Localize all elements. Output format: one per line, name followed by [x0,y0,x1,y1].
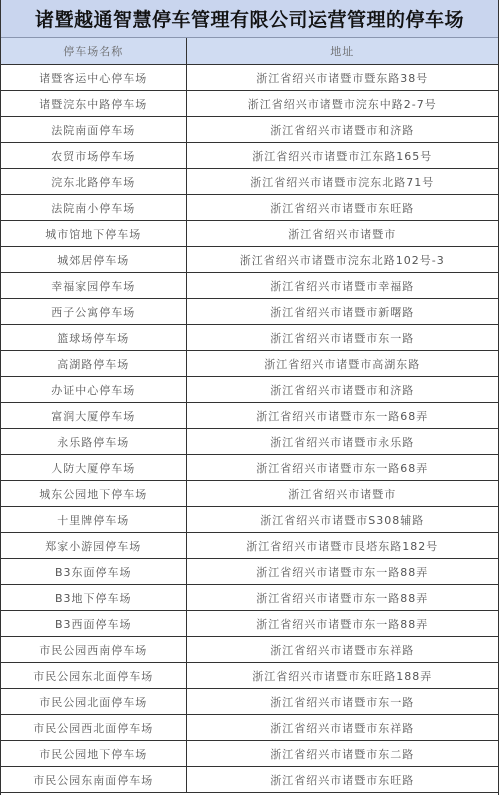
parking-lot-address: 浙江省绍兴市诸暨市东二路 [186,741,498,767]
parking-lot-address: 浙江省绍兴市诸暨市东祥路 [186,715,498,741]
table-row: 办证中心停车场浙江省绍兴市诸暨市和济路 [1,377,498,403]
parking-lot-address: 浙江省绍兴市诸暨市浣东北路102号-3 [186,247,498,273]
parking-lot-address: 浙江省绍兴市诸暨市东旺路188弄 [186,663,498,689]
parking-lot-name: 篮球场停车场 [1,325,186,351]
parking-lot-name: 浣东北路停车场 [1,169,186,195]
table-row: 诸暨客运中心停车场浙江省绍兴市诸暨市暨东路38号 [1,65,498,91]
table-row: 诸暨浣东中路停车场浙江省绍兴市诸暨市浣东中路2-7号 [1,91,498,117]
parking-lot-address: 浙江省绍兴市诸暨市高湖东路 [186,351,498,377]
table-row: B3地下停车场浙江省绍兴市诸暨市东一路88弄 [1,585,498,611]
parking-lot-name: 农贸市场停车场 [1,143,186,169]
table-row: 十里牌停车场浙江省绍兴市诸暨市S308辅路 [1,507,498,533]
parking-lot-name: 城市馆地下停车场 [1,221,186,247]
parking-lot-address: 浙江省绍兴市诸暨市新曙路 [186,299,498,325]
parking-lot-address: 浙江省绍兴市诸暨市东旺路 [186,767,498,793]
table-row: 市民公园东南面停车场浙江省绍兴市诸暨市东旺路 [1,767,498,793]
table-row: 市民公园东北面停车场浙江省绍兴市诸暨市东旺路188弄 [1,663,498,689]
parking-lot-address: 浙江省绍兴市诸暨市江东路165号 [186,143,498,169]
page-title: 诸暨越通智慧停车管理有限公司运营管理的停车场 [1,0,498,38]
parking-lot-name: 市民公园北面停车场 [1,689,186,715]
table-row: 城市馆地下停车场浙江省绍兴市诸暨市 [1,221,498,247]
parking-lot-name: 市民公园地下停车场 [1,741,186,767]
table-row: 高湖路停车场浙江省绍兴市诸暨市高湖东路 [1,351,498,377]
parking-lot-name: B3西面停车场 [1,611,186,637]
parking-lot-name: 法院南面停车场 [1,117,186,143]
table-row: 永乐路停车场浙江省绍兴市诸暨市永乐路 [1,429,498,455]
parking-lot-address: 浙江省绍兴市诸暨市幸福路 [186,273,498,299]
parking-lot-address: 浙江省绍兴市诸暨市浣东北路71号 [186,169,498,195]
parking-lot-name: 富润大厦停车场 [1,403,186,429]
table-row: B3西面停车场浙江省绍兴市诸暨市东一路88弄 [1,611,498,637]
parking-lot-address: 浙江省绍兴市诸暨市S308辅路 [186,507,498,533]
parking-lot-name: 市民公园西北面停车场 [1,715,186,741]
table-row: 郑家小游园停车场浙江省绍兴市诸暨市艮塔东路182号 [1,533,498,559]
parking-lot-address: 浙江省绍兴市诸暨市东一路88弄 [186,585,498,611]
parking-lot-name: 城郊居停车场 [1,247,186,273]
parking-lot-name: 郑家小游园停车场 [1,533,186,559]
table-body: 诸暨客运中心停车场浙江省绍兴市诸暨市暨东路38号诸暨浣东中路停车场浙江省绍兴市诸… [1,65,498,793]
column-header-name: 停车场名称 [1,38,186,65]
parking-lot-name: 十里牌停车场 [1,507,186,533]
table-row: 法院南小停车场浙江省绍兴市诸暨市东旺路 [1,195,498,221]
parking-lot-address: 浙江省绍兴市诸暨市艮塔东路182号 [186,533,498,559]
table-row: 篮球场停车场浙江省绍兴市诸暨市东一路 [1,325,498,351]
parking-lot-address: 浙江省绍兴市诸暨市东一路68弄 [186,403,498,429]
parking-lot-address: 浙江省绍兴市诸暨市东一路 [186,325,498,351]
parking-lot-name: B3地下停车场 [1,585,186,611]
parking-lot-name: 西子公寓停车场 [1,299,186,325]
table-row: 市民公园地下停车场浙江省绍兴市诸暨市东二路 [1,741,498,767]
table-row: 城郊居停车场浙江省绍兴市诸暨市浣东北路102号-3 [1,247,498,273]
table-row: 农贸市场停车场浙江省绍兴市诸暨市江东路165号 [1,143,498,169]
parking-lot-name: 诸暨客运中心停车场 [1,65,186,91]
table-row: 幸福家园停车场浙江省绍兴市诸暨市幸福路 [1,273,498,299]
parking-lot-address: 浙江省绍兴市诸暨市和济路 [186,377,498,403]
parking-lot-address: 浙江省绍兴市诸暨市暨东路38号 [186,65,498,91]
parking-lot-name: 幸福家园停车场 [1,273,186,299]
parking-lot-name: 市民公园西南停车场 [1,637,186,663]
parking-lot-name: 办证中心停车场 [1,377,186,403]
table-header-row: 停车场名称 地址 [1,38,498,65]
parking-lot-name: 城东公园地下停车场 [1,481,186,507]
parking-lot-name: 市民公园东南面停车场 [1,767,186,793]
parking-lot-address: 浙江省绍兴市诸暨市东一路88弄 [186,611,498,637]
parking-lot-address: 浙江省绍兴市诸暨市和济路 [186,117,498,143]
column-header-address: 地址 [186,38,498,65]
table-row: B3东面停车场浙江省绍兴市诸暨市东一路88弄 [1,559,498,585]
parking-lot-sheet: 诸暨越通智慧停车管理有限公司运营管理的停车场 停车场名称 地址 诸暨客运中心停车… [0,0,499,795]
parking-lot-name: 高湖路停车场 [1,351,186,377]
parking-lot-name: 法院南小停车场 [1,195,186,221]
parking-lot-address: 浙江省绍兴市诸暨市东一路 [186,689,498,715]
parking-lot-address: 浙江省绍兴市诸暨市东一路88弄 [186,559,498,585]
table-row: 西子公寓停车场浙江省绍兴市诸暨市新曙路 [1,299,498,325]
parking-lot-name: 市民公园东北面停车场 [1,663,186,689]
table-row: 市民公园北面停车场浙江省绍兴市诸暨市东一路 [1,689,498,715]
parking-lot-address: 浙江省绍兴市诸暨市 [186,221,498,247]
table-row: 市民公园西北面停车场浙江省绍兴市诸暨市东祥路 [1,715,498,741]
parking-lot-name: 永乐路停车场 [1,429,186,455]
table-row: 法院南面停车场浙江省绍兴市诸暨市和济路 [1,117,498,143]
parking-lot-address: 浙江省绍兴市诸暨市东旺路 [186,195,498,221]
parking-lot-name: B3东面停车场 [1,559,186,585]
parking-lot-address: 浙江省绍兴市诸暨市东祥路 [186,637,498,663]
parking-lot-name: 诸暨浣东中路停车场 [1,91,186,117]
parking-lot-address: 浙江省绍兴市诸暨市永乐路 [186,429,498,455]
parking-lot-address: 浙江省绍兴市诸暨市 [186,481,498,507]
table-row: 城东公园地下停车场浙江省绍兴市诸暨市 [1,481,498,507]
parking-lot-address: 浙江省绍兴市诸暨市浣东中路2-7号 [186,91,498,117]
parking-lot-table: 停车场名称 地址 诸暨客运中心停车场浙江省绍兴市诸暨市暨东路38号诸暨浣东中路停… [1,38,498,793]
table-row: 浣东北路停车场浙江省绍兴市诸暨市浣东北路71号 [1,169,498,195]
parking-lot-address: 浙江省绍兴市诸暨市东一路68弄 [186,455,498,481]
table-row: 富润大厦停车场浙江省绍兴市诸暨市东一路68弄 [1,403,498,429]
table-row: 人防大厦停车场浙江省绍兴市诸暨市东一路68弄 [1,455,498,481]
parking-lot-name: 人防大厦停车场 [1,455,186,481]
table-row: 市民公园西南停车场浙江省绍兴市诸暨市东祥路 [1,637,498,663]
